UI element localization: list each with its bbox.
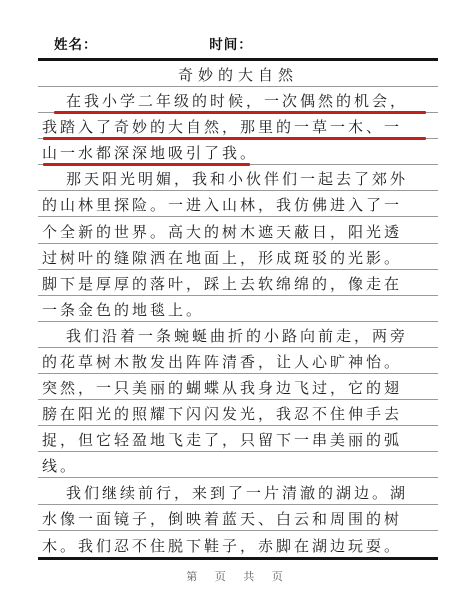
essay-line: 脚下是厚厚的落叶，踩上去软绵绵的，像走在 [38,270,438,296]
essay-line: 的花草树木散发出阵阵清香，让人心旷神怡。 [38,348,438,374]
essay-line-text: 膀在阳光的照耀下闪闪发光，我忍不住伸手去 [42,406,402,423]
essay-line-text: 山一水都深深地吸引了我。 [42,145,258,162]
essay-line: 个全新的世界。高大的树木遮天蔽日，阳光透 [38,217,438,243]
essay-line: 我们沿着一条蜿蜒曲折的小路向前走，两旁 [38,322,438,348]
essay-line: 突然，一只美丽的蝴蝶从我身边飞过，它的翅 [38,374,438,400]
essay-line-text: 那天阳光明媚，我和小伙伴们一起去了郊外 [66,171,408,188]
essay-line-text: 水像一面镜子，倒映着蓝天、白云和周围的树 [42,511,402,528]
essay-line-text: 我们沿着一条蜿蜒曲折的小路向前走，两旁 [66,328,408,345]
essay-line-text: 一条金色的地毯上。 [42,302,204,319]
essay-line: 木。我们忍不住脱下鞋子，赤脚在湖边玩耍。 [38,531,438,557]
essay-line: 一条金色的地毯上。 [38,296,438,322]
essay-title: 奇妙的大自然 [38,61,438,87]
essay-line: 捉，但它轻盈地飞走了，只留下一串美丽的弧 [38,426,438,452]
essay-line: 过树叶的缝隙洒在地面上，形成斑驳的光影。 [38,244,438,270]
essay-line: 膀在阳光的照耀下闪闪发光，我忍不住伸手去 [38,400,438,426]
essay-line: 我踏入了奇妙的大自然，那里的一草一木、一 [38,113,438,139]
page-content: 姓名： 时间： 奇妙的大自然 在我小学二年级的时候，一次偶然的机会，我踏入了奇妙… [38,0,438,584]
essay-line-text: 脚下是厚厚的落叶，踩上去软绵绵的，像走在 [42,276,402,293]
essay-lines: 在我小学二年级的时候，一次偶然的机会，我踏入了奇妙的大自然，那里的一草一木、一山… [38,87,438,557]
page-footer: 第 页 共 页 [38,568,438,584]
essay-line-text: 的山林里探险。一进入山林，我仿佛进入了一 [42,197,402,214]
essay-line-text: 线。 [42,458,78,475]
essay-line-text: 过树叶的缝隙洒在地面上，形成斑驳的光影。 [42,250,402,267]
essay-line-text: 突然，一只美丽的蝴蝶从我身边飞过，它的翅 [42,380,402,397]
essay-line: 水像一面镜子，倒映着蓝天、白云和周围的树 [38,505,438,531]
time-label: 时间： [209,37,253,53]
essay-line: 线。 [38,452,438,478]
essay-line-text: 我们继续前行，来到了一片清澈的湖边。湖 [66,485,408,502]
essay-line: 我们继续前行，来到了一片清澈的湖边。湖 [38,478,438,504]
essay-line: 在我小学二年级的时候，一次偶然的机会， [38,87,438,113]
essay-line: 的山林里探险。一进入山林，我仿佛进入了一 [38,191,438,217]
essay-line-text: 的花草树木散发出阵阵清香，让人心旷神怡。 [42,354,402,371]
essay-line-text: 捉，但它轻盈地飞走了，只留下一串美丽的弧 [42,432,402,449]
essay-worksheet-page: 姓名： 时间： 奇妙的大自然 在我小学二年级的时候，一次偶然的机会，我踏入了奇妙… [0,0,449,600]
essay-line-text: 个全新的世界。高大的树木遮天蔽日，阳光透 [42,224,402,241]
worksheet-header: 姓名： 时间： [38,0,438,51]
essay-line-text: 木。我们忍不住脱下鞋子，赤脚在湖边玩耍。 [42,538,402,555]
essay-line: 山一水都深深地吸引了我。 [38,139,438,165]
name-label: 姓名： [54,37,98,53]
essay-line: 那天阳光明媚，我和小伙伴们一起去了郊外 [38,165,438,191]
essay-line-text: 我踏入了奇妙的大自然，那里的一草一木、一 [42,119,402,136]
footer-divider-line [38,557,438,560]
essay-line-text: 在我小学二年级的时候，一次偶然的机会， [66,93,408,110]
